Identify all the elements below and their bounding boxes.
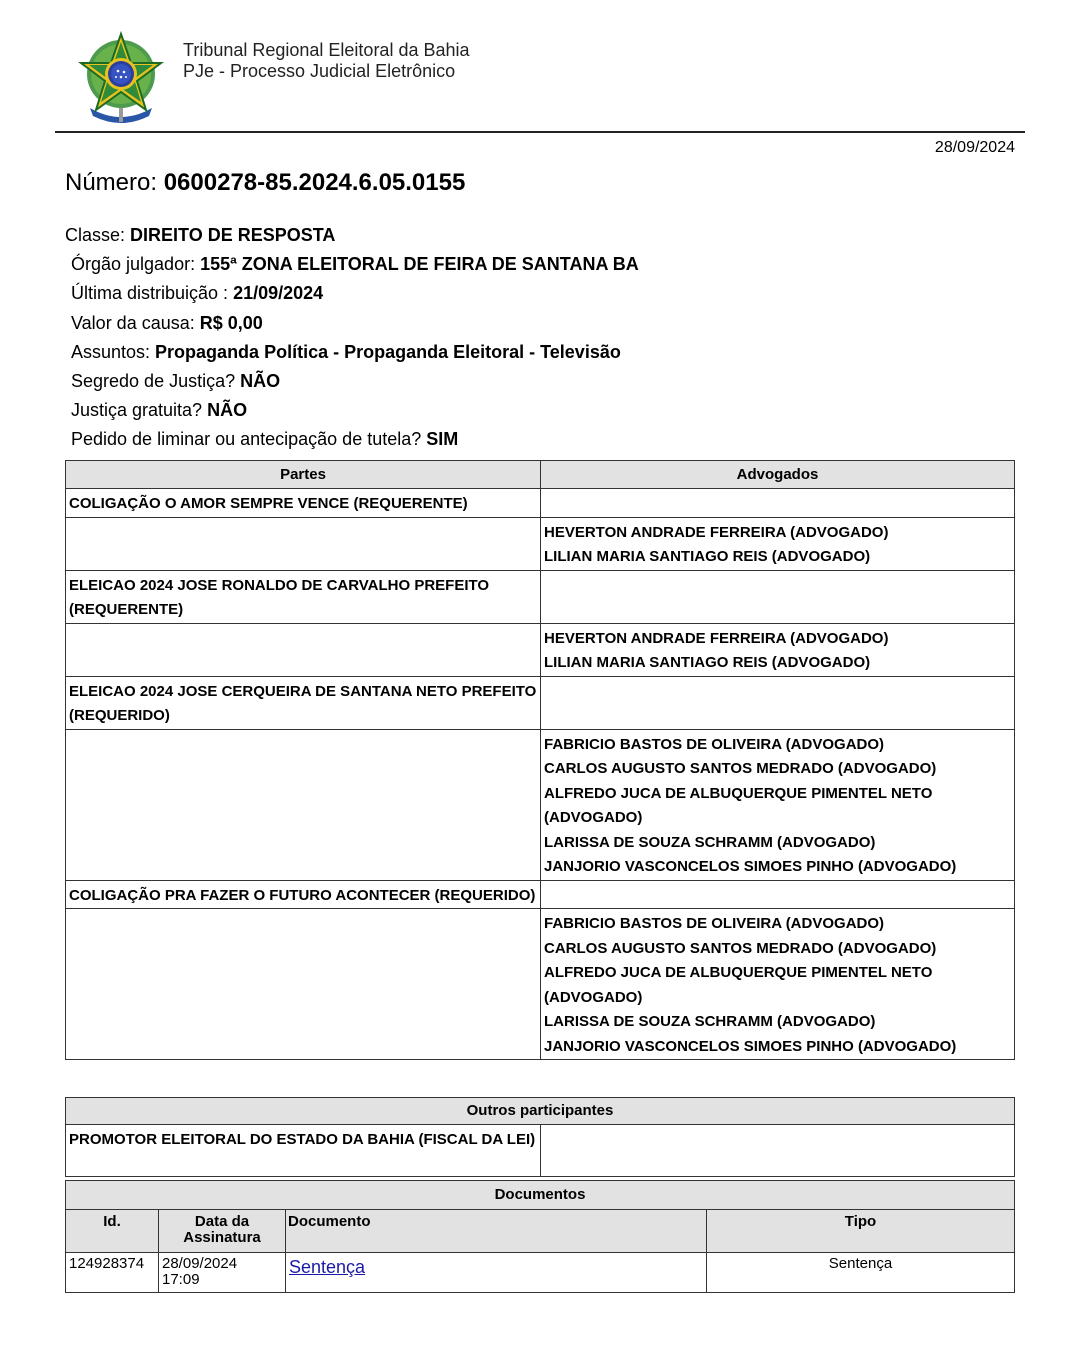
- parte-cell: COLIGAÇÃO PRA FAZER O FUTURO ACONTECER (…: [66, 880, 541, 909]
- field-label: Justiça gratuita?: [71, 400, 207, 420]
- header-title: Tribunal Regional Eleitoral da Bahia PJe…: [183, 40, 470, 82]
- participante-cell: PROMOTOR ELEITORAL DO ESTADO DA BAHIA (F…: [66, 1125, 541, 1177]
- field-value: NÃO: [207, 400, 247, 420]
- column-header-data-assinatura: Data da Assinatura: [159, 1210, 286, 1253]
- field-assuntos: Assuntos: Propaganda Política - Propagan…: [65, 340, 639, 369]
- parte-cell: [66, 623, 541, 676]
- table-row: HEVERTON ANDRADE FERREIRA (ADVOGADO)LILI…: [66, 623, 1015, 676]
- field-label: Segredo de Justiça?: [71, 371, 240, 391]
- advogado-name: LILIAN MARIA SANTIAGO REIS (ADVOGADO): [544, 651, 1011, 676]
- parte-cell: [66, 909, 541, 1060]
- advogado-name: CARLOS AUGUSTO SANTOS MEDRADO (ADVOGADO): [544, 757, 1011, 782]
- system-name: PJe - Processo Judicial Eletrônico: [183, 61, 470, 82]
- field-value: DIREITO DE RESPOSTA: [130, 225, 335, 245]
- outros-table-header: Outros participantes: [66, 1098, 1015, 1125]
- advogado-name: HEVERTON ANDRADE FERREIRA (ADVOGADO): [544, 521, 1011, 546]
- brazil-coat-of-arms-icon: [75, 30, 167, 128]
- field-classe: Classe: DIREITO DE RESPOSTA: [65, 223, 639, 252]
- outros-participantes-table: Outros participantes PROMOTOR ELEITORAL …: [65, 1097, 1015, 1177]
- table-row: COLIGAÇÃO O AMOR SEMPRE VENCE (REQUERENT…: [66, 489, 1015, 518]
- table-row: FABRICIO BASTOS DE OLIVEIRA (ADVOGADO)CA…: [66, 909, 1015, 1060]
- table-row: HEVERTON ANDRADE FERREIRA (ADVOGADO)LILI…: [66, 517, 1015, 570]
- document-id: 124928374: [66, 1253, 159, 1293]
- advogados-cell: [541, 570, 1015, 623]
- field-ultima-distribuicao: Última distribuição : 21/09/2024: [65, 281, 639, 310]
- field-value: 21/09/2024: [233, 283, 323, 303]
- participante-advogados-cell: [541, 1125, 1015, 1177]
- table-row: ELEICAO 2024 JOSE RONALDO DE CARVALHO PR…: [66, 570, 1015, 623]
- parte-cell: [66, 517, 541, 570]
- process-fields: Classe: DIREITO DE RESPOSTA Órgão julgad…: [65, 223, 639, 457]
- partes-table: Partes Advogados COLIGAÇÃO O AMOR SEMPRE…: [65, 460, 1015, 1060]
- document-cell: Sentença: [286, 1253, 707, 1293]
- parte-cell: ELEICAO 2024 JOSE CERQUEIRA DE SANTANA N…: [66, 676, 541, 729]
- report-date: 28/09/2024: [935, 139, 1015, 157]
- documentos-table: Documentos Id. Data da Assinatura Docume…: [65, 1180, 1015, 1293]
- document-signature-date: 28/09/2024 17:09: [159, 1253, 286, 1293]
- advogados-cell: FABRICIO BASTOS DE OLIVEIRA (ADVOGADO)CA…: [541, 909, 1015, 1060]
- page-header: Tribunal Regional Eleitoral da Bahia PJe…: [55, 28, 1025, 132]
- advogado-name: LILIAN MARIA SANTIAGO REIS (ADVOGADO): [544, 545, 1011, 570]
- column-header-advogados: Advogados: [541, 461, 1015, 489]
- field-value: 155ª ZONA ELEITORAL DE FEIRA DE SANTANA …: [200, 254, 639, 274]
- advogados-cell: HEVERTON ANDRADE FERREIRA (ADVOGADO)LILI…: [541, 517, 1015, 570]
- advogado-name: LARISSA DE SOUZA SCHRAMM (ADVOGADO): [544, 1010, 1011, 1035]
- field-value: R$ 0,00: [200, 313, 263, 333]
- column-header-id: Id.: [66, 1210, 159, 1253]
- outros-participantes-title: Outros participantes: [66, 1098, 1015, 1125]
- document-link[interactable]: Sentença: [289, 1257, 365, 1277]
- header-divider: [55, 131, 1025, 133]
- advogado-name: CARLOS AUGUSTO SANTOS MEDRADO (ADVOGADO): [544, 937, 1011, 962]
- advogados-cell: [541, 676, 1015, 729]
- advogado-name: ALFREDO JUCA DE ALBUQUERQUE PIMENTEL NET…: [544, 961, 1011, 1010]
- field-label: Classe:: [65, 225, 130, 245]
- field-label: Valor da causa:: [71, 313, 200, 333]
- field-label: Pedido de liminar ou antecipação de tute…: [71, 429, 426, 449]
- column-header-tipo: Tipo: [707, 1210, 1015, 1253]
- documentos-table-header: Id. Data da Assinatura Documento Tipo: [66, 1210, 1015, 1253]
- advogado-name: FABRICIO BASTOS DE OLIVEIRA (ADVOGADO): [544, 733, 1011, 758]
- field-label: Assuntos:: [71, 342, 155, 362]
- column-header-documento: Documento: [286, 1210, 707, 1253]
- advogados-cell: HEVERTON ANDRADE FERREIRA (ADVOGADO)LILI…: [541, 623, 1015, 676]
- field-value: Propaganda Política - Propaganda Eleitor…: [155, 342, 621, 362]
- advogado-name: JANJORIO VASCONCELOS SIMOES PINHO (ADVOG…: [544, 855, 1011, 880]
- parte-cell: ELEICAO 2024 JOSE RONALDO DE CARVALHO PR…: [66, 570, 541, 623]
- court-name: Tribunal Regional Eleitoral da Bahia: [183, 40, 470, 61]
- field-label: Última distribuição :: [71, 283, 233, 303]
- advogado-name: ALFREDO JUCA DE ALBUQUERQUE PIMENTEL NET…: [544, 782, 1011, 831]
- field-label: Órgão julgador:: [71, 254, 200, 274]
- process-number-label: Número:: [65, 169, 164, 196]
- document-type: Sentença: [707, 1253, 1015, 1293]
- signature-date-text: 28/09/2024 17:09: [162, 1256, 246, 1288]
- advogados-cell: [541, 880, 1015, 909]
- documentos-title: Documentos: [66, 1181, 1015, 1210]
- field-orgao-julgador: Órgão julgador: 155ª ZONA ELEITORAL DE F…: [65, 252, 639, 281]
- column-header-partes: Partes: [66, 461, 541, 489]
- process-number: Número: 0600278-85.2024.6.05.0155: [65, 169, 465, 197]
- partes-table-body: COLIGAÇÃO O AMOR SEMPRE VENCE (REQUERENT…: [66, 489, 1015, 1060]
- field-value: SIM: [426, 429, 458, 449]
- process-number-value: 0600278-85.2024.6.05.0155: [164, 169, 466, 196]
- parte-cell: [66, 729, 541, 880]
- field-value: NÃO: [240, 371, 280, 391]
- advogado-name: JANJORIO VASCONCELOS SIMOES PINHO (ADVOG…: [544, 1035, 1011, 1060]
- advogado-name: FABRICIO BASTOS DE OLIVEIRA (ADVOGADO): [544, 912, 1011, 937]
- table-row: ELEICAO 2024 JOSE CERQUEIRA DE SANTANA N…: [66, 676, 1015, 729]
- documentos-table-title-row: Documentos: [66, 1181, 1015, 1210]
- table-row: PROMOTOR ELEITORAL DO ESTADO DA BAHIA (F…: [66, 1125, 1015, 1177]
- field-segredo-justica: Segredo de Justiça? NÃO: [65, 369, 639, 398]
- advogado-name: LARISSA DE SOUZA SCHRAMM (ADVOGADO): [544, 831, 1011, 856]
- advogado-name: HEVERTON ANDRADE FERREIRA (ADVOGADO): [544, 627, 1011, 652]
- table-row: FABRICIO BASTOS DE OLIVEIRA (ADVOGADO)CA…: [66, 729, 1015, 880]
- partes-table-header: Partes Advogados: [66, 461, 1015, 489]
- parte-cell: COLIGAÇÃO O AMOR SEMPRE VENCE (REQUERENT…: [66, 489, 541, 518]
- advogados-cell: FABRICIO BASTOS DE OLIVEIRA (ADVOGADO)CA…: [541, 729, 1015, 880]
- advogados-cell: [541, 489, 1015, 518]
- table-row: COLIGAÇÃO PRA FAZER O FUTURO ACONTECER (…: [66, 880, 1015, 909]
- table-row: 124928374 28/09/2024 17:09 Sentença Sent…: [66, 1253, 1015, 1293]
- field-justica-gratuita: Justiça gratuita? NÃO: [65, 398, 639, 427]
- field-valor-causa: Valor da causa: R$ 0,00: [65, 311, 639, 340]
- field-pedido-liminar: Pedido de liminar ou antecipação de tute…: [65, 427, 639, 456]
